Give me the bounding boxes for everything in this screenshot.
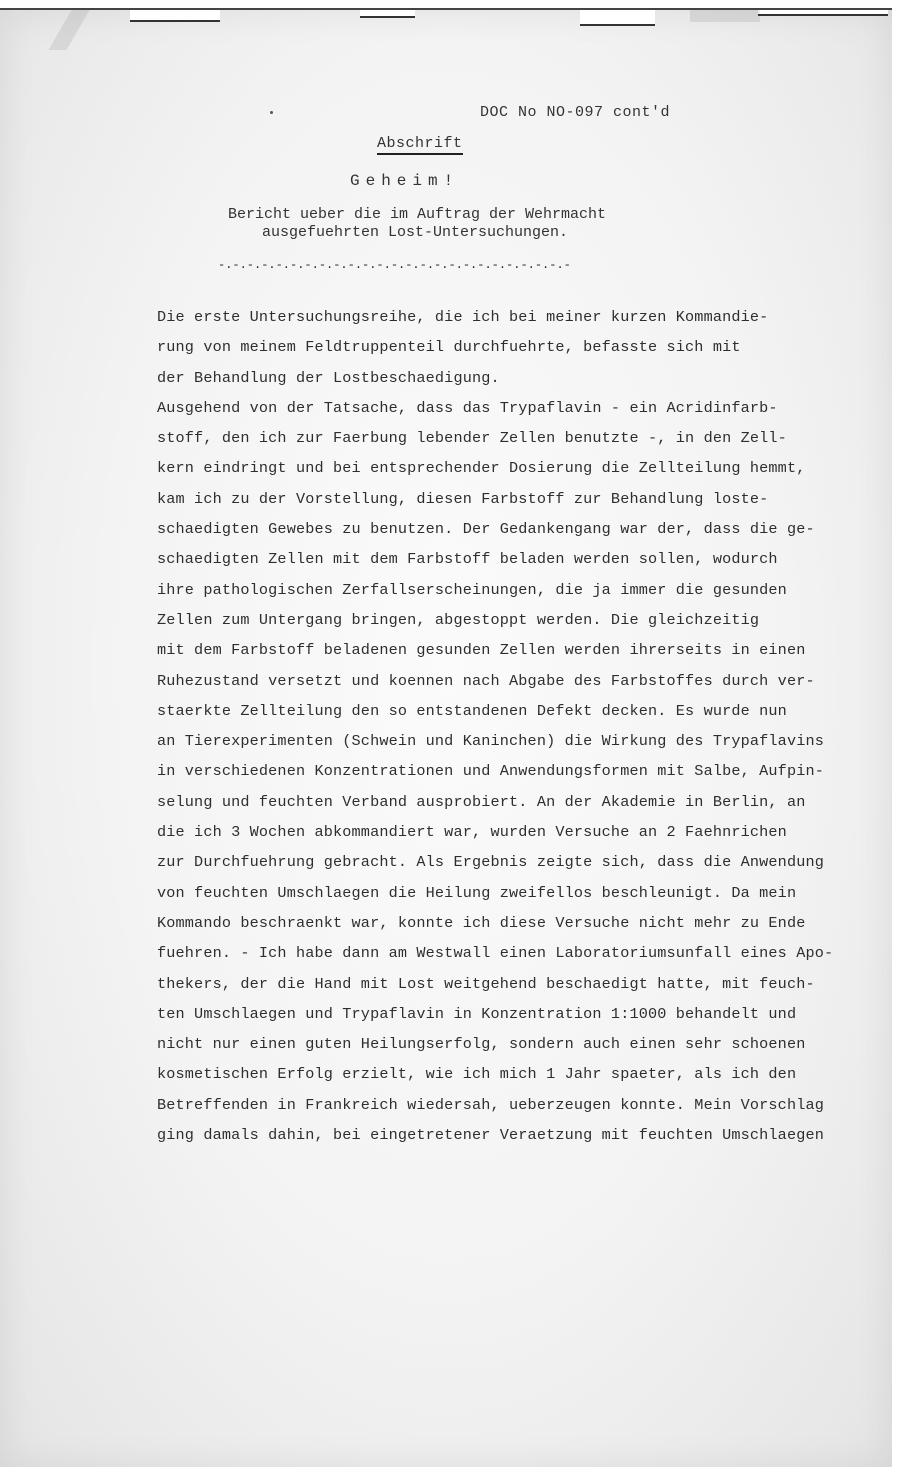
report-title-line: ausgefuehrten Lost-Untersuchungen.: [228, 224, 728, 242]
torn-edge: [130, 10, 220, 22]
text-line: Betreffenden in Frankreich wiedersah, ue…: [157, 1090, 827, 1120]
torn-edge: [758, 10, 888, 16]
text-line: Zellen zum Untergang bringen, abgestoppt…: [157, 605, 827, 635]
text-line: zur Durchfuehrung gebracht. Als Ergebnis…: [157, 847, 827, 877]
text-line: an Tierexperimenten (Schwein und Kaninch…: [157, 726, 827, 756]
report-title-line: Bericht ueber die im Auftrag der Wehrmac…: [228, 206, 606, 223]
text-line: stoff, den ich zur Faerbung lebender Zel…: [157, 423, 827, 453]
text-line: ten Umschlaegen und Trypaflavin in Konze…: [157, 999, 827, 1029]
text-line: ihre pathologischen Zerfallserscheinunge…: [157, 575, 827, 605]
text-line: Kommando beschraenkt war, konnte ich die…: [157, 908, 827, 938]
text-line: ging damals dahin, bei eingetretener Ver…: [157, 1120, 827, 1150]
text-line: der Behandlung der Lostbeschaedigung.: [157, 363, 827, 393]
text-line: selung und feuchten Verband ausprobiert.…: [157, 787, 827, 817]
torn-edge: [360, 10, 415, 18]
text-line: kern eindringt und bei entsprechender Do…: [157, 453, 827, 483]
text-line: fuehren. - Ich habe dann am Westwall ein…: [157, 938, 827, 968]
report-title: Bericht ueber die im Auftrag der Wehrmac…: [228, 206, 728, 242]
text-line: Ruhezustand versetzt und koennen nach Ab…: [157, 666, 827, 696]
text-line: thekers, der die Hand mit Lost weitgehen…: [157, 969, 827, 999]
text-line: mit dem Farbstoff beladenen gesunden Zel…: [157, 635, 827, 665]
text-line: Ausgehend von der Tatsache, dass das Try…: [157, 393, 827, 423]
paper-fold: [48, 10, 89, 50]
title-divider: -.-.-.-.-.-.-.-.-.-.-.-.-.-.-.-.-.-.-.-.…: [218, 258, 571, 272]
text-line: die ich 3 Wochen abkommandiert war, wurd…: [157, 817, 827, 847]
classification-label: Geheim!: [350, 172, 459, 190]
copy-heading: Abschrift: [377, 135, 463, 155]
ink-speck: [270, 111, 273, 114]
text-line: kam ich zu der Vorstellung, diesen Farbs…: [157, 484, 827, 514]
paper-fold: [690, 10, 760, 22]
text-line: nicht nur einen guten Heilungserfolg, so…: [157, 1029, 827, 1059]
text-line: staerkte Zellteilung den so entstandenen…: [157, 696, 827, 726]
text-line: kosmetischen Erfolg erzielt, wie ich mic…: [157, 1059, 827, 1089]
body-text: Die erste Untersuchungsreihe, die ich be…: [157, 302, 827, 1150]
text-line: in verschiedenen Konzentrationen und Anw…: [157, 756, 827, 786]
text-line: schaedigten Gewebes zu benutzen. Der Ged…: [157, 514, 827, 544]
text-line: schaedigten Zellen mit dem Farbstoff bel…: [157, 544, 827, 574]
text-line: Die erste Untersuchungsreihe, die ich be…: [157, 302, 827, 332]
torn-edge: [580, 10, 655, 26]
document-number: DOC No NO-097 cont'd: [480, 104, 670, 121]
text-line: rung von meinem Feldtruppenteil durchfue…: [157, 332, 827, 362]
text-line: von feuchten Umschlaegen die Heilung zwe…: [157, 878, 827, 908]
